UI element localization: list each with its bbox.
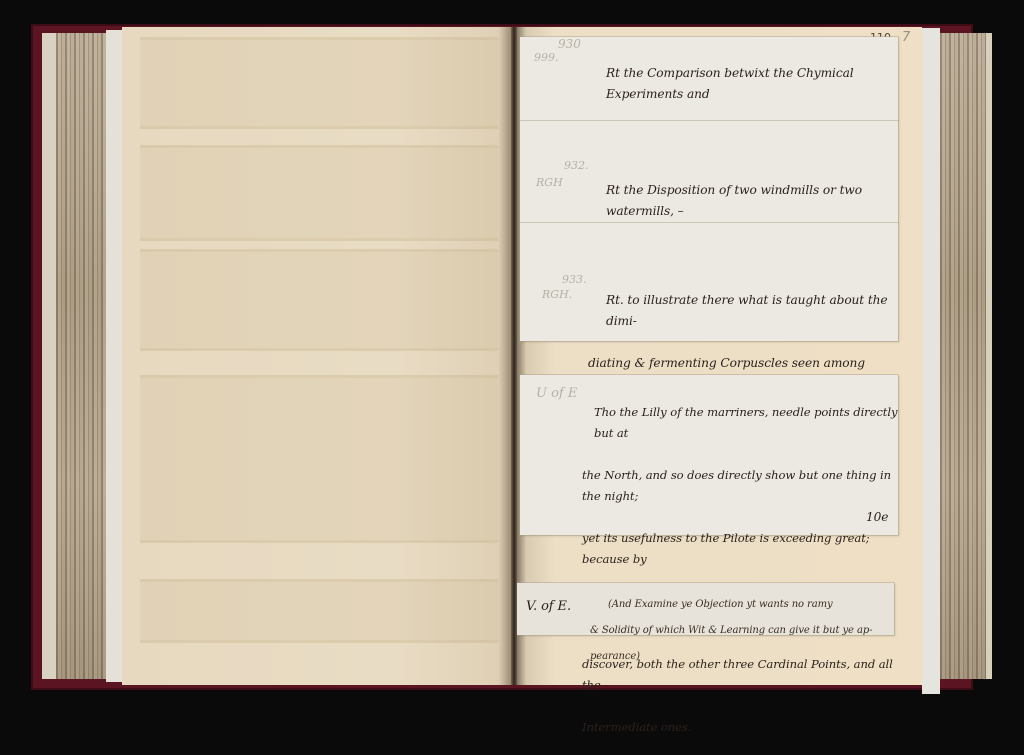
right-flyleaf bbox=[986, 33, 992, 679]
manuscript-slip-5: V. of E. (And Examine ye Objection yt wa… bbox=[516, 583, 894, 635]
book-gutter bbox=[511, 27, 517, 685]
pencil-folio: 7 bbox=[902, 30, 910, 45]
right-page: 110 7 930 999. Rt the Comparison betwixt… bbox=[514, 27, 922, 685]
left-page-edges bbox=[56, 33, 106, 679]
offset-ghost bbox=[140, 37, 498, 129]
manuscript-slip-3: 933. RGH. Rt. to illustrate there what i… bbox=[520, 223, 898, 341]
manuscript-slip-1: 930 999. Rt the Comparison betwixt the C… bbox=[520, 37, 898, 121]
reference-number: 930 bbox=[558, 37, 581, 51]
manuscript-slip-2: 932. RGH Rt the Disposition of two windm… bbox=[520, 121, 898, 223]
right-endpaper bbox=[922, 28, 940, 694]
offset-ghost bbox=[140, 145, 498, 241]
text-line: the North, and so does directly show but… bbox=[582, 465, 898, 507]
left-endpaper bbox=[106, 30, 122, 682]
reference-number: 933. bbox=[562, 273, 587, 287]
margin-initials: U of E bbox=[536, 387, 577, 401]
left-flyleaf bbox=[42, 33, 56, 679]
margin-initials: RGH bbox=[536, 176, 563, 190]
reference-number: 932. bbox=[564, 159, 589, 173]
offset-ghost bbox=[140, 249, 498, 351]
text-line: pearance) bbox=[590, 650, 872, 663]
text-line: & Solidity of which Wit & Learning can g… bbox=[590, 624, 872, 637]
right-page-edges bbox=[940, 33, 986, 679]
offset-ghost bbox=[140, 579, 498, 643]
manuscript-slip-4: U of E Tho the Lilly of the marriners, n… bbox=[520, 375, 898, 535]
text-line: Rt. to illustrate there what is taught a… bbox=[588, 290, 898, 332]
text-line: Rt the Comparison betwixt the Chymical E… bbox=[588, 63, 898, 105]
margin-initials: RGH. bbox=[542, 288, 572, 302]
text-line: Rt the Disposition of two windmills or t… bbox=[588, 180, 898, 222]
text-line: yet its usefulness to the Pilote is exce… bbox=[582, 528, 898, 570]
slip-text: (And Examine ye Objection yt wants no ra… bbox=[590, 585, 872, 676]
text-line: Tho the Lilly of the marriners, needle p… bbox=[582, 402, 898, 444]
margin-initials: V. of E. bbox=[526, 596, 571, 617]
left-page bbox=[122, 27, 514, 685]
text-line: Intermediate ones. bbox=[582, 717, 898, 738]
old-reference-number: 999. bbox=[534, 51, 559, 65]
slip-text: Tho the Lilly of the marriners, needle p… bbox=[582, 381, 898, 755]
page-reference: 10e bbox=[866, 507, 888, 528]
text-line: (And Examine ye Objection yt wants no ra… bbox=[590, 598, 872, 611]
offset-ghost bbox=[140, 375, 498, 543]
